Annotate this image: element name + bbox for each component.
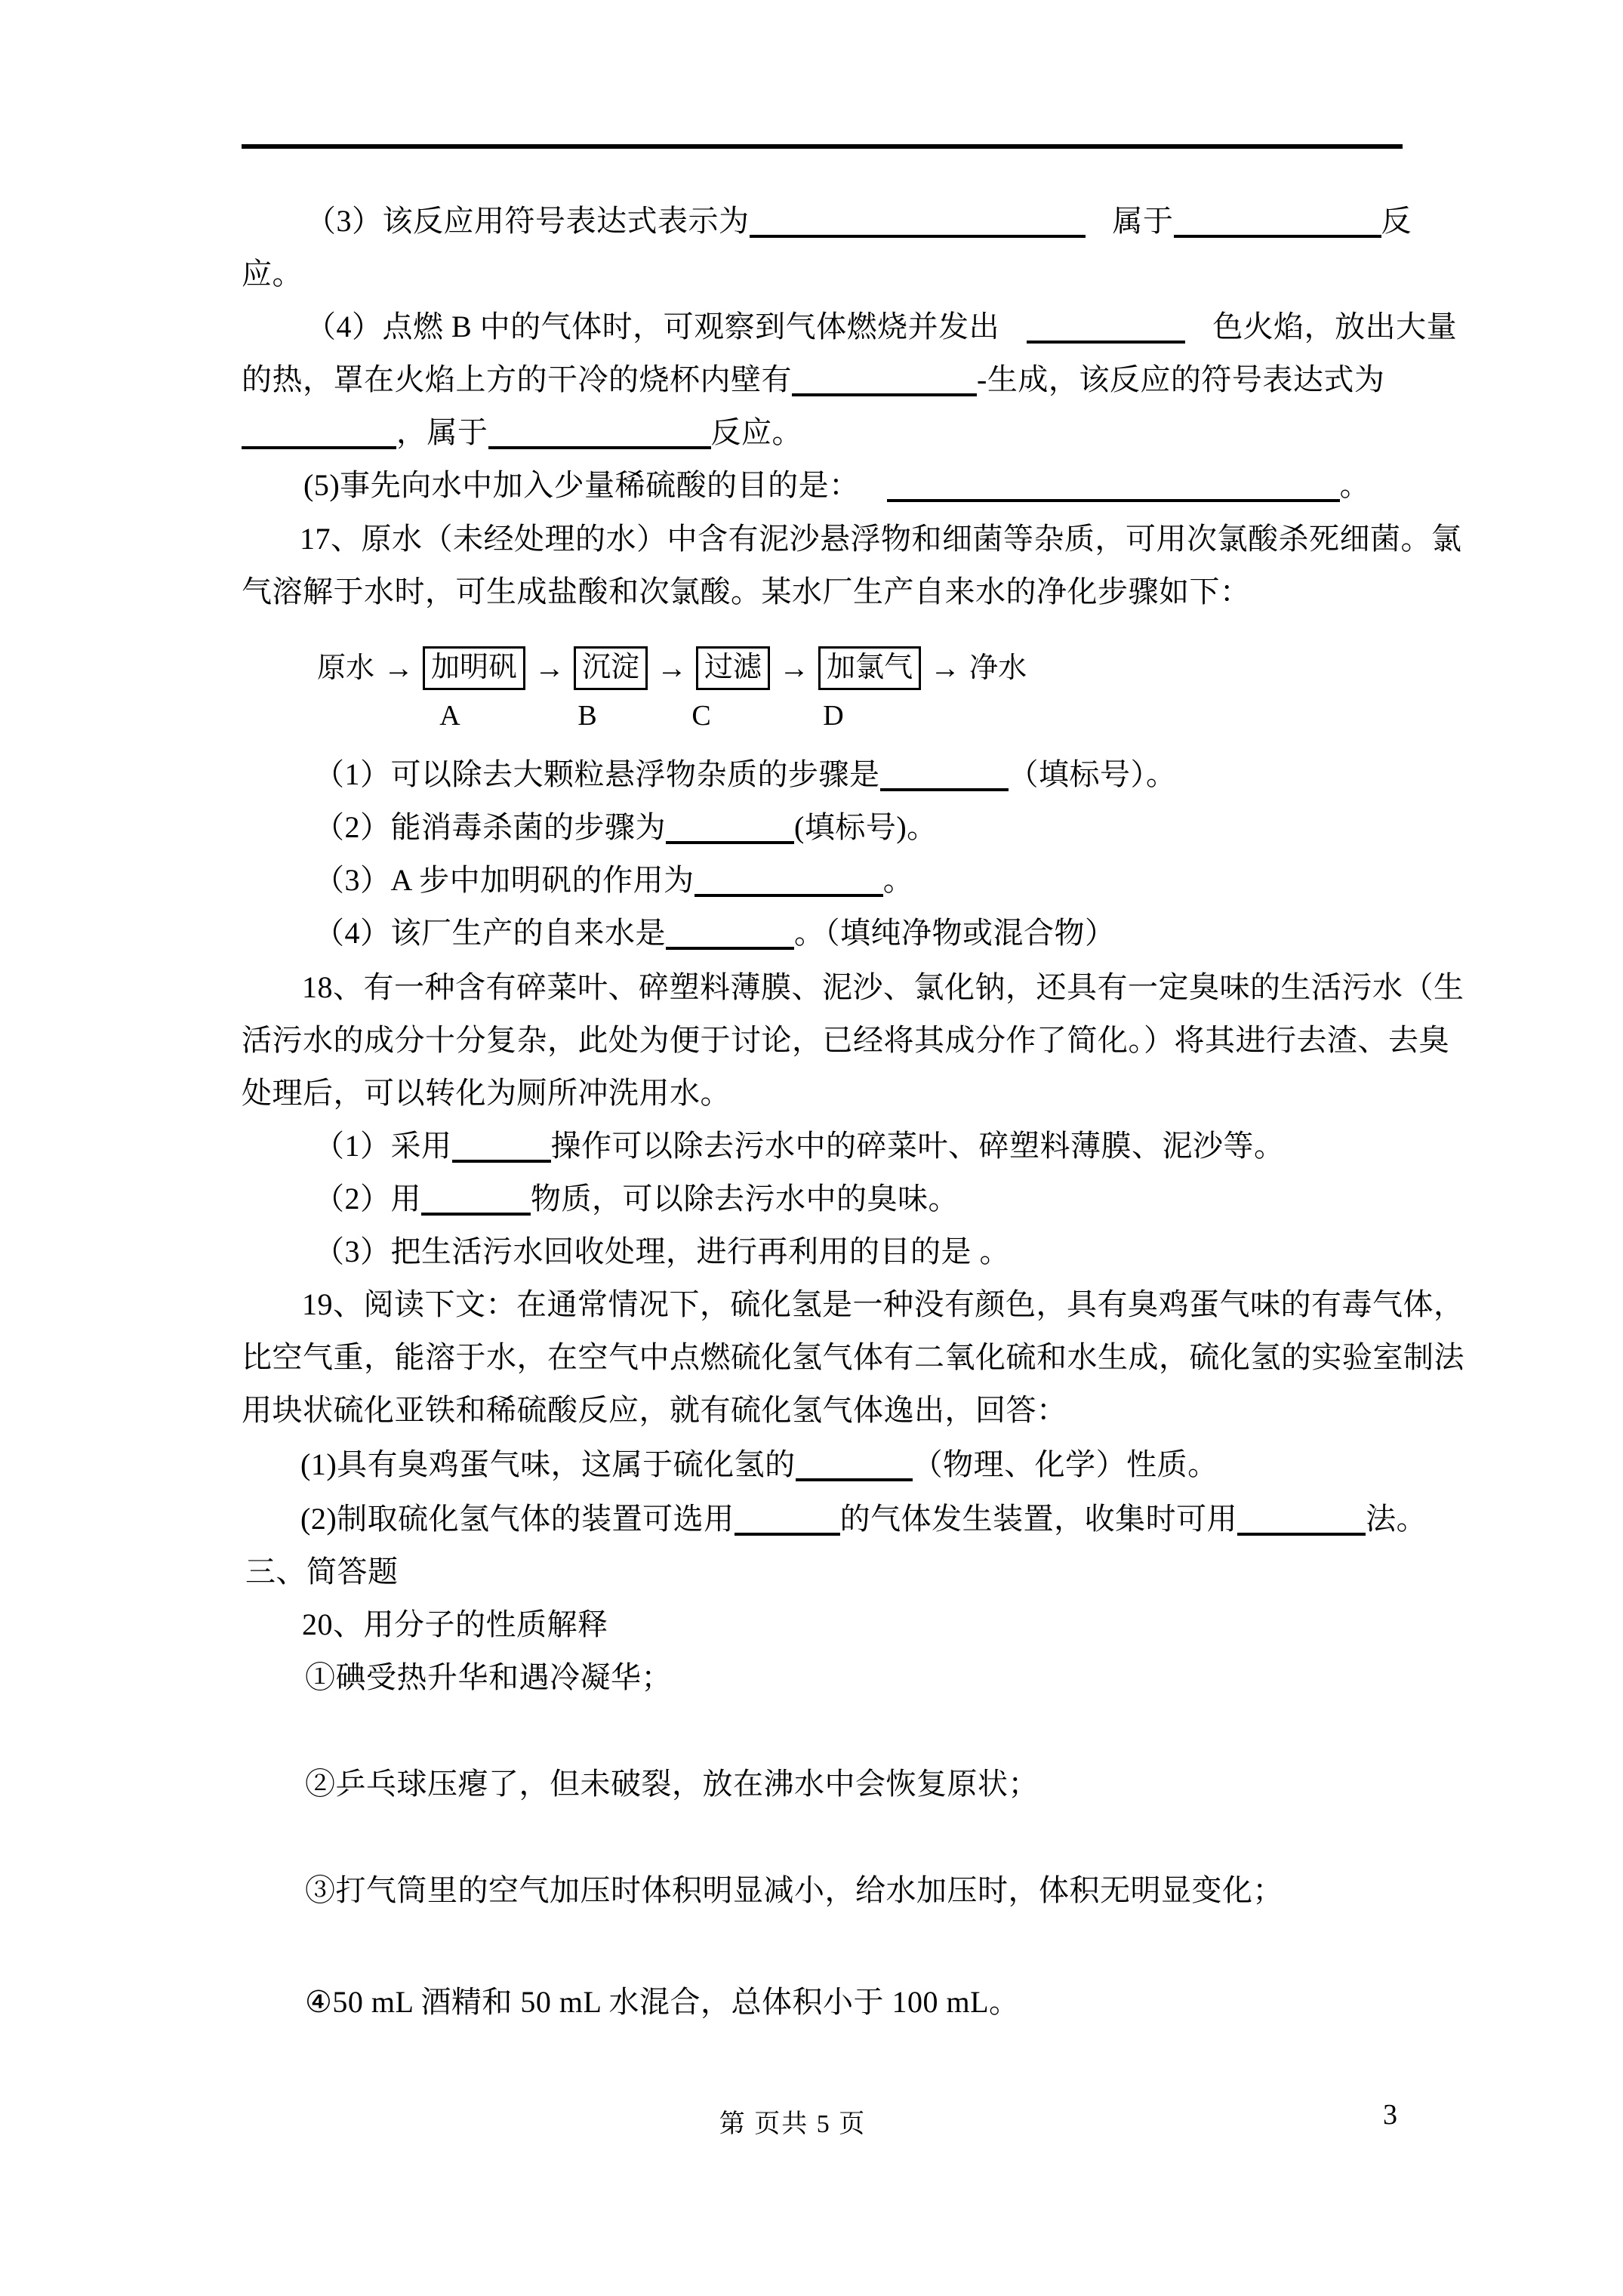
q19-intro-text-2: 比空气重，能溶于水，在空气中点燃硫化氢气体有二氧化硫和水生成，硫化氢的实验室制法 [242, 1340, 1464, 1374]
q16-part4-line-1: （4）点燃 B 中的气体时，可观察到气体燃烧并发出色火焰，放出大量 [306, 309, 1457, 345]
q18-part2-end-text: 物质，可以除去污水中的臭味。 [531, 1182, 959, 1216]
q20-item-4-line: ④50 mL 酒精和 50 mL 水混合，总体积小于 100 mL。 [305, 1984, 1020, 2020]
q16-part5-line: (5)事先向水中加入少量稀硫酸的目的是：。 [303, 467, 1370, 504]
q17-part3-end-text: 。 [883, 863, 914, 897]
q20-item-3-text: ③打气筒里的空气加压时体积明显减小，给水加压时，体积无明显变化； [305, 1873, 1283, 1907]
q17-intro-text-1: 17、原水（未经处理的水）中含有泥沙悬浮物和细菌等杂质，可用次氯酸杀死细菌。氯 [300, 522, 1462, 556]
arrow-right-icon: → [383, 652, 414, 685]
answer-blank [488, 415, 711, 449]
q18-part1-text: （1）采用 [314, 1129, 452, 1163]
q18-part2-text: （2）用 [314, 1182, 421, 1216]
q16-part4-text-5: ，属于 [396, 415, 488, 449]
q16-part4-text-2: 色火焰，放出大量 [1212, 310, 1457, 344]
answer-blank [880, 757, 1009, 791]
q19-intro-text-1: 19、阅读下文：在通常情况下，硫化氢是一种没有颜色，具有臭鸡蛋气味的有毒气体， [302, 1287, 1464, 1321]
answer-blank [242, 415, 396, 449]
q19-part1-end-text: （物理、化学）性质。 [913, 1447, 1218, 1481]
flow-result-label: 净水 [969, 652, 1027, 685]
section3-heading: 三、简答题 [245, 1554, 399, 1590]
flow-step-box-filter: 过滤 [696, 646, 770, 690]
q19-intro-line-1: 19、阅读下文：在通常情况下，硫化氢是一种没有颜色，具有臭鸡蛋气味的有毒气体， [302, 1287, 1464, 1323]
footer-page-label: 第 页共 5 页 [0, 2103, 1585, 2140]
arrow-right-icon: → [930, 652, 960, 685]
q17-part2-text: （2）能消毒杀菌的步骤为 [314, 810, 666, 844]
answer-blank [666, 809, 794, 844]
flow-step-box-sediment: 沉淀 [574, 646, 648, 690]
q18-intro-text-3: 处理后，可以转化为厕所冲洗用水。 [242, 1076, 731, 1110]
q17-intro-line-1: 17、原水（未经处理的水）中含有泥沙悬浮物和细菌等杂质，可用次氯酸杀死细菌。氯 [300, 521, 1462, 557]
q19-part2-mid-text: 的气体发生装置，收集时可用 [840, 1502, 1238, 1536]
q16-part3-wrap-line: 应。 [242, 256, 303, 292]
q20-stem-text: 20、用分子的性质解释 [302, 1607, 608, 1641]
q19-intro-text-3: 用块状硫化亚铁和稀硫酸反应，就有硫化氢气体逸出，回答： [242, 1393, 1067, 1427]
answer-blank [735, 1501, 840, 1536]
water-purification-flowchart: 原水 → 加明矾 → 沉淀 → 过滤 → 加氯气 → 净水 [317, 646, 1027, 690]
q17-part4-text: （4）该厂生产的自来水是 [314, 916, 666, 950]
q17-part1-end-text: （填标号）。 [1009, 757, 1177, 791]
q16-part3-text: （3）该反应用符号表达式表示为 [306, 204, 750, 238]
q16-part4-text-4: -生成，该反应的符号表达式为 [977, 362, 1384, 396]
q18-intro-text-1: 18、有一种含有碎菜叶、碎塑料薄膜、泥沙、氯化钠，还具有一定臭味的生活污水（生 [302, 970, 1464, 1004]
answer-blank [792, 362, 977, 396]
q18-part1-end-text: 操作可以除去污水中的碎菜叶、碎塑料薄膜、泥沙等。 [551, 1129, 1285, 1163]
arrow-right-icon: → [779, 652, 809, 685]
answer-blank [750, 203, 1086, 238]
answer-blank [452, 1128, 551, 1163]
q19-intro-line-2: 比空气重，能溶于水，在空气中点燃硫化氢气体有二氧化硫和水生成，硫化氢的实验室制法 [242, 1339, 1464, 1376]
q17-intro-line-2: 气溶解于水时，可生成盐酸和次氯酸。某水厂生产自来水的净化步骤如下： [242, 574, 1251, 610]
q17-intro-text-2: 气溶解于水时，可生成盐酸和次氯酸。某水厂生产自来水的净化步骤如下： [242, 575, 1251, 609]
answer-blank [1174, 203, 1381, 238]
section3-heading-text: 三、简答题 [245, 1555, 399, 1589]
flow-step-label-d: D [823, 699, 843, 732]
q20-item-1-line: ①碘受热升华和遇冷凝华； [305, 1660, 672, 1696]
q16-part4-text-3: 的热，罩在火焰上方的干冷的烧杯内壁有 [242, 362, 792, 396]
answer-blank [694, 862, 883, 897]
flow-step-label-c: C [691, 699, 710, 732]
q17-part3-line: （3）A 步中加明矾的作用为。 [314, 862, 913, 898]
arrow-right-icon: → [534, 652, 565, 685]
arrow-right-icon: → [657, 652, 687, 685]
flow-step-label-b: B [577, 699, 596, 732]
q18-intro-line-2: 活污水的成分十分复杂，此处为便于讨论，已经将其成分作了简化。）将其进行去渣、去臭 [242, 1022, 1449, 1059]
q20-item-2-text: ②乒乓球压瘪了，但未破裂，放在沸水中会恢复原状； [305, 1767, 1039, 1801]
q16-part3-wrap-text: 应。 [242, 257, 303, 291]
q20-item-4-text: ④50 mL 酒精和 50 mL 水混合，总体积小于 100 mL。 [305, 1985, 1020, 2019]
q20-item-2-line: ②乒乓球压瘪了，但未破裂，放在沸水中会恢复原状； [305, 1766, 1039, 1802]
q16-part4-line-2: 的热，罩在火焰上方的干冷的烧杯内壁有-生成，该反应的符号表达式为 [242, 362, 1384, 398]
q18-intro-line-1: 18、有一种含有碎菜叶、碎塑料薄膜、泥沙、氯化钠，还具有一定臭味的生活污水（生 [302, 969, 1464, 1006]
answer-blank [421, 1181, 531, 1216]
q16-part3-line: （3）该反应用符号表达式表示为属于反 [306, 203, 1412, 239]
q17-part2-line: （2）能消毒杀菌的步骤为(填标号)。 [314, 809, 938, 846]
q18-part3-line: （3）把生活污水回收处理，进行再利用的目的是 。 [314, 1234, 1010, 1270]
footer-page-number: 3 [1383, 2098, 1397, 2131]
q20-stem-line: 20、用分子的性质解释 [302, 1607, 608, 1643]
exam-page: （3）该反应用符号表达式表示为属于反 应。 （4）点燃 B 中的气体时，可观察到… [0, 0, 1623, 2296]
q18-part1-line: （1）采用操作可以除去污水中的碎菜叶、碎塑料薄膜、泥沙等。 [314, 1128, 1285, 1164]
answer-blank [796, 1447, 913, 1481]
q18-part3-text: （3）把生活污水回收处理，进行再利用的目的是 。 [314, 1234, 1010, 1268]
answer-blank [666, 915, 794, 950]
q17-part1-text: （1）可以除去大颗粒悬浮物杂质的步骤是 [314, 757, 880, 791]
q19-part2-line: (2)制取硫化氢气体的装置可选用的气体发生装置，收集时可用法。 [300, 1501, 1427, 1537]
q16-part5-text: (5)事先向水中加入少量稀硫酸的目的是： [303, 468, 860, 502]
q19-part1-text: (1)具有臭鸡蛋气味，这属于硫化氢的 [300, 1447, 796, 1481]
q16-part3-mid-text: 属于 [1113, 204, 1174, 238]
q18-intro-text-2: 活污水的成分十分复杂，此处为便于讨论，已经将其成分作了简化。）将其进行去渣、去臭 [242, 1023, 1449, 1057]
q19-part1-line: (1)具有臭鸡蛋气味，这属于硫化氢的（物理、化学）性质。 [300, 1447, 1218, 1483]
flow-step-box-add-alum: 加明矾 [423, 646, 525, 690]
flow-step-label-a: A [439, 699, 460, 732]
q20-item-3-line: ③打气筒里的空气加压时体积明显减小，给水加压时，体积无明显变化； [305, 1872, 1283, 1909]
q19-intro-line-3: 用块状硫化亚铁和稀硫酸反应，就有硫化氢气体逸出，回答： [242, 1392, 1067, 1428]
q19-part2-end-text: 法。 [1366, 1502, 1427, 1536]
answer-blank [887, 467, 1340, 502]
flow-step-box-add-chlorine: 加氯气 [818, 646, 921, 690]
q17-part1-line: （1）可以除去大颗粒悬浮物杂质的步骤是（填标号）。 [314, 757, 1177, 793]
q17-part4-end-text: 。（填纯净物或混合物） [794, 916, 1116, 950]
answer-blank [1237, 1501, 1366, 1536]
q16-part4-text-1: （4）点燃 B 中的气体时，可观察到气体燃烧并发出 [306, 310, 999, 344]
q20-item-1-text: ①碘受热升华和遇冷凝华； [305, 1660, 672, 1694]
q16-part4-line-3: ，属于反应。 [242, 415, 802, 451]
answer-blank [1027, 309, 1185, 344]
q16-part5-end-text: 。 [1340, 468, 1371, 502]
flow-source-label: 原水 [317, 652, 374, 685]
q16-part3-end-text: 反 [1381, 204, 1412, 238]
q16-part4-text-6: 反应。 [711, 415, 803, 449]
q18-part2-line: （2）用物质，可以除去污水中的臭味。 [314, 1181, 959, 1217]
q18-intro-line-3: 处理后，可以转化为厕所冲洗用水。 [242, 1075, 731, 1111]
header-rule [242, 144, 1403, 149]
q17-part4-line: （4）该厂生产的自来水是。（填纯净物或混合物） [314, 915, 1116, 951]
q19-part2-text: (2)制取硫化氢气体的装置可选用 [300, 1502, 735, 1536]
q17-part3-text: （3）A 步中加明矾的作用为 [314, 863, 694, 897]
q17-part2-end-text: (填标号)。 [794, 810, 938, 844]
